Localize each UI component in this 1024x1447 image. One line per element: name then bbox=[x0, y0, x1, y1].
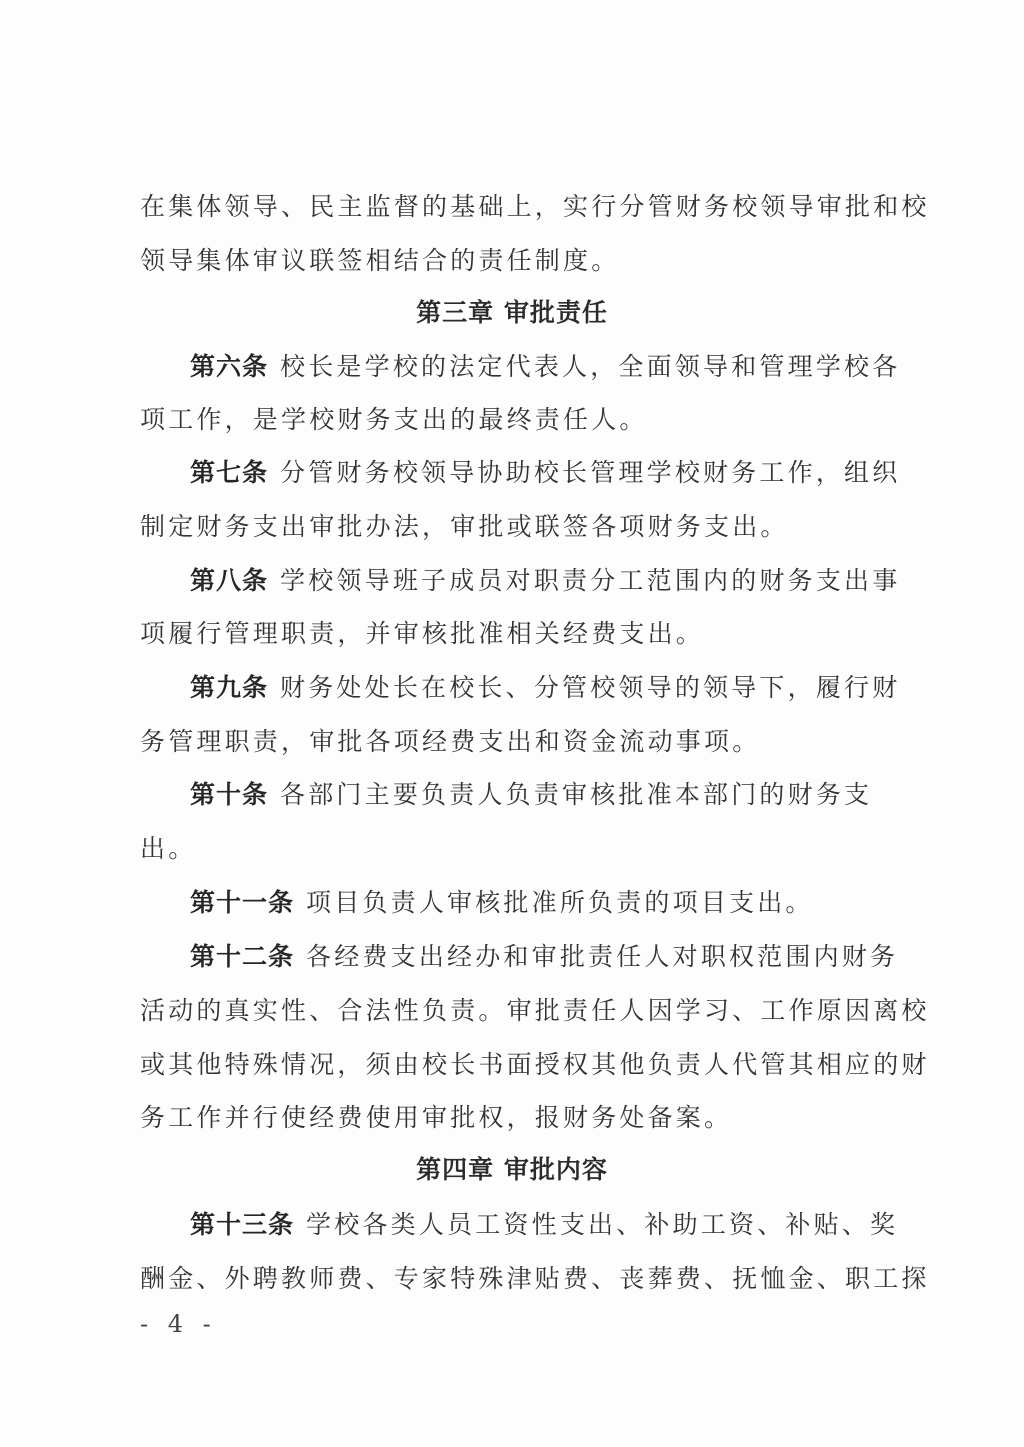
paragraph-line: 项履行管理职责，并审核批准相关经费支出。 bbox=[140, 619, 900, 649]
article-11-first-line: 第十一条项目负责人审核批准所负责的项目支出。 bbox=[190, 888, 950, 918]
paragraph-line: 务管理职责，审批各项经费支出和资金流动事项。 bbox=[140, 727, 900, 757]
article-text: 学校各类人员工资性支出、补助工资、补贴、奖 bbox=[306, 1210, 898, 1239]
article-label: 第十一条 bbox=[190, 888, 294, 917]
article-label: 第十二条 bbox=[190, 942, 294, 971]
article-9-first-line: 第九条财务处处长在校长、分管校领导的领导下，履行财 bbox=[190, 673, 950, 703]
article-7-first-line: 第七条分管财务校领导协助校长管理学校财务工作，组织 bbox=[190, 458, 950, 488]
article-label: 第七条 bbox=[190, 458, 268, 487]
page-number: - 4 - bbox=[140, 1310, 217, 1338]
article-10-first-line: 第十条各部门主要负责人负责审核批准本部门的财务支 bbox=[190, 780, 950, 810]
chapter-heading: 第三章 审批责任 bbox=[0, 298, 1024, 328]
paragraph-line: 在集体领导、民主监督的基础上，实行分管财务校领导审批和校 bbox=[140, 192, 900, 222]
article-text: 校长是学校的法定代表人，全面领导和管理学校各 bbox=[280, 352, 900, 381]
article-text: 学校领导班子成员对职责分工范围内的财务支出事 bbox=[280, 566, 900, 595]
document-page: 在集体领导、民主监督的基础上，实行分管财务校领导审批和校 领导集体审议联签相结合… bbox=[0, 0, 1024, 1447]
article-text: 项目负责人审核批准所负责的项目支出。 bbox=[306, 888, 814, 917]
paragraph-line: 项工作，是学校财务支出的最终责任人。 bbox=[140, 405, 900, 435]
article-12-first-line: 第十二条各经费支出经办和审批责任人对职权范围内财务 bbox=[190, 942, 950, 972]
paragraph-line: 制定财务支出审批办法，审批或联签各项财务支出。 bbox=[140, 512, 900, 542]
article-6-first-line: 第六条校长是学校的法定代表人，全面领导和管理学校各 bbox=[190, 352, 950, 382]
article-label: 第十条 bbox=[190, 780, 268, 809]
paragraph-line: 务工作并行使经费使用审批权，报财务处备案。 bbox=[140, 1103, 900, 1133]
article-13-first-line: 第十三条学校各类人员工资性支出、补助工资、补贴、奖 bbox=[190, 1210, 950, 1240]
paragraph-line: 出。 bbox=[140, 834, 900, 864]
article-text: 各部门主要负责人负责审核批准本部门的财务支 bbox=[280, 780, 872, 809]
paragraph-line: 活动的真实性、合法性负责。审批责任人因学习、工作原因离校 bbox=[140, 996, 900, 1026]
article-text: 各经费支出经办和审批责任人对职权范围内财务 bbox=[306, 942, 898, 971]
article-8-first-line: 第八条学校领导班子成员对职责分工范围内的财务支出事 bbox=[190, 566, 950, 596]
chapter-heading: 第四章 审批内容 bbox=[0, 1155, 1024, 1185]
article-label: 第十三条 bbox=[190, 1210, 294, 1239]
paragraph-line: 酬金、外聘教师费、专家特殊津贴费、丧葬费、抚恤金、职工探 bbox=[140, 1264, 900, 1294]
paragraph-line: 或其他特殊情况，须由校长书面授权其他负责人代管其相应的财 bbox=[140, 1050, 900, 1080]
article-label: 第六条 bbox=[190, 352, 268, 381]
article-label: 第八条 bbox=[190, 566, 268, 595]
article-text: 分管财务校领导协助校长管理学校财务工作，组织 bbox=[280, 458, 900, 487]
paragraph-line: 领导集体审议联签相结合的责任制度。 bbox=[140, 246, 900, 276]
article-text: 财务处处长在校长、分管校领导的领导下，履行财 bbox=[280, 673, 900, 702]
article-label: 第九条 bbox=[190, 673, 268, 702]
